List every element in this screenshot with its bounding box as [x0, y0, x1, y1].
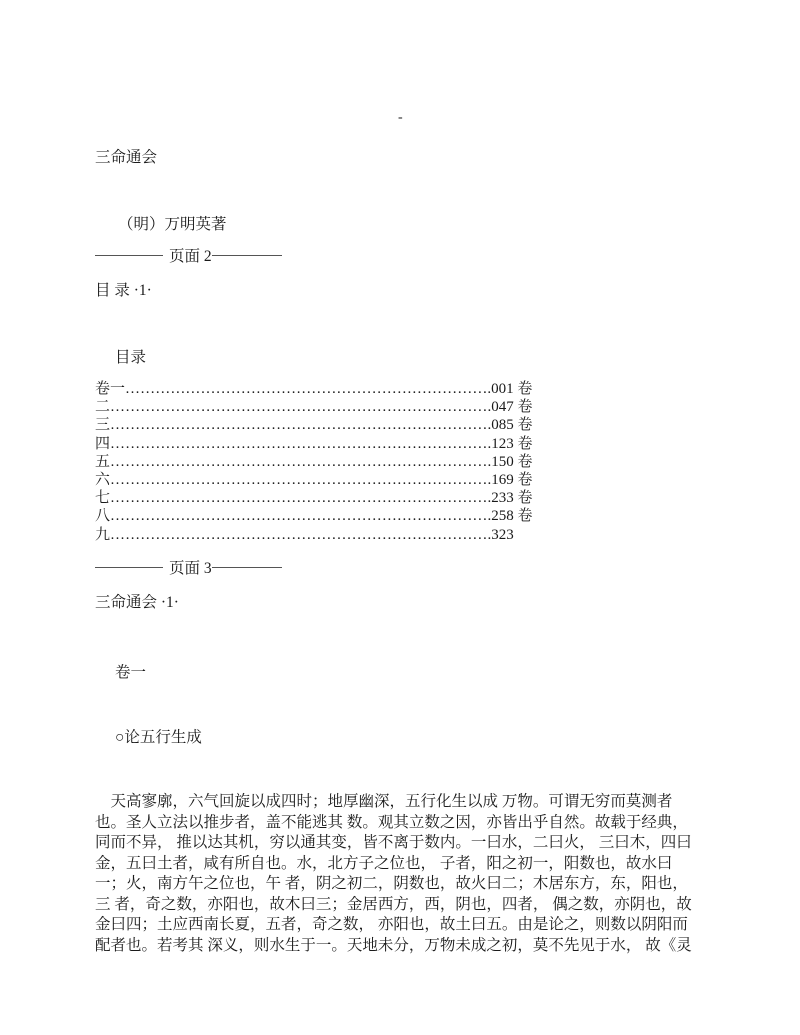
toc-leader-dots: ………………………………………………………………… [110, 490, 488, 506]
paragraph-line: 一；火，南方午之位也，午 者，阴之初二，阴数也，故火曰二；木居东方，东，阳也， [95, 874, 705, 895]
toc-title: 目录 [115, 345, 146, 367]
paragraph-line: 同而不异， 推以达其机，穷以通其变，皆不离于数内。一曰水，二曰火， 三曰木，四曰 [95, 833, 705, 854]
toc-entry-label: 八 [95, 508, 110, 524]
paragraph-line: 三 者，奇之数，亦阳也，故木曰三；金居西方，西，阴也，四者， 偶之数，亦阴也，故 [95, 895, 705, 916]
toc-trail: 卷 [514, 417, 533, 433]
top-mark: - [398, 110, 403, 126]
toc-entry[interactable]: 三………………………………………………………………….085 卷 [95, 416, 533, 434]
paragraph-line: 配者也。若考其 深义，则水生于一。天地未分，万物未成之初，莫不先见于水， 故《灵 [95, 936, 705, 957]
toc-page-number: .233 [488, 490, 514, 506]
page-separator-3: 页面 3 [95, 556, 282, 578]
toc-trail: 卷 [514, 454, 533, 470]
toc-leader-dots: ………………………………………………………………… [110, 399, 488, 415]
toc-entry-label: 五 [95, 454, 110, 470]
section-title: ○论五行生成 [115, 725, 202, 747]
toc-entry[interactable]: 二………………………………………………………………….047 卷 [95, 398, 533, 416]
toc-page-number: .150 [488, 454, 514, 470]
toc-entry-label: 九 [95, 527, 110, 543]
toc-leader-dots: ………………………………………………………………… [110, 436, 488, 452]
toc-page-number: .258 [488, 508, 514, 524]
toc-entry-label: 六 [95, 472, 110, 488]
toc-entry-label: 卷一 [95, 381, 125, 397]
body-paragraph: 天高寥廓，六气回旋以成四时；地厚幽深，五行化生以成 万物。可谓无穷而莫测者 也。… [95, 792, 705, 956]
toc-leader-dots: ………………………………………………………………… [110, 508, 488, 524]
page-label: 页面 2 [163, 244, 212, 266]
separator-rule [212, 567, 282, 568]
toc-entry[interactable]: 九………………………………………………………………….323 [95, 526, 533, 544]
toc-entry-label: 三 [95, 417, 110, 433]
toc-entry[interactable]: 五………………………………………………………………….150 卷 [95, 453, 533, 471]
toc-trail: 卷 [514, 436, 533, 452]
toc-entry-label: 二 [95, 399, 110, 415]
toc-page-number: .169 [488, 472, 514, 488]
toc-trail: 卷 [514, 381, 533, 397]
toc-entry[interactable]: 四………………………………………………………………….123 卷 [95, 435, 533, 453]
toc-leader-dots: ………………………………………………………………… [110, 417, 488, 433]
toc-leader-dots: ……………………………………………………………… [125, 381, 487, 397]
toc-trail: 卷 [514, 508, 533, 524]
table-of-contents: 卷一……………………………………………………………….001 卷 二………………… [95, 380, 533, 544]
toc-page-number: .085 [488, 417, 514, 433]
page-label: 页面 3 [163, 556, 212, 578]
separator-rule [95, 255, 163, 256]
toc-entry-label: 七 [95, 490, 110, 506]
toc-entry[interactable]: 卷一……………………………………………………………….001 卷 [95, 380, 533, 398]
toc-entry[interactable]: 八………………………………………………………………….258 卷 [95, 507, 533, 525]
toc-entry[interactable]: 七………………………………………………………………….233 卷 [95, 489, 533, 507]
author-line: （明）万明英著 [118, 212, 227, 234]
toc-leader-dots: ………………………………………………………………… [110, 472, 488, 488]
toc-leader-dots: ………………………………………………………………… [110, 454, 488, 470]
separator-rule [212, 255, 282, 256]
toc-trail: 卷 [514, 490, 533, 506]
toc-page-number: .323 [488, 527, 514, 543]
toc-trail: 卷 [514, 399, 533, 415]
toc-leader-dots: ………………………………………………………………… [110, 527, 488, 543]
book-title: 三命通会 [95, 145, 157, 167]
toc-page-number: .001 [487, 381, 513, 397]
page-header: 三命通会 ·1· [95, 590, 179, 612]
paragraph-line: 天高寥廓，六气回旋以成四时；地厚幽深，五行化生以成 万物。可谓无穷而莫测者 [95, 792, 705, 813]
page-separator-2: 页面 2 [95, 244, 282, 266]
toc-entry-label: 四 [95, 436, 110, 452]
toc-entry[interactable]: 六………………………………………………………………….169 卷 [95, 471, 533, 489]
paragraph-line: 金曰四；土应西南长夏，五者，奇之数， 亦阳也，故土曰五。由是论之，则数以阴阳而 [95, 915, 705, 936]
toc-page-number: .047 [488, 399, 514, 415]
paragraph-line: 也。圣人立法以推步者，盖不能逃其 数。观其立数之因，亦皆出乎自然。故载于经典， [95, 813, 705, 834]
toc-page-number: .123 [488, 436, 514, 452]
volume-title: 卷一 [115, 660, 146, 682]
page-header: 目 录 ·1· [95, 278, 152, 300]
separator-rule [95, 567, 163, 568]
toc-trail: 卷 [514, 472, 533, 488]
paragraph-line: 金，五曰土者，咸有所自也。水，北方子之位也， 子者，阳之初一，阳数也，故水曰 [95, 854, 705, 875]
